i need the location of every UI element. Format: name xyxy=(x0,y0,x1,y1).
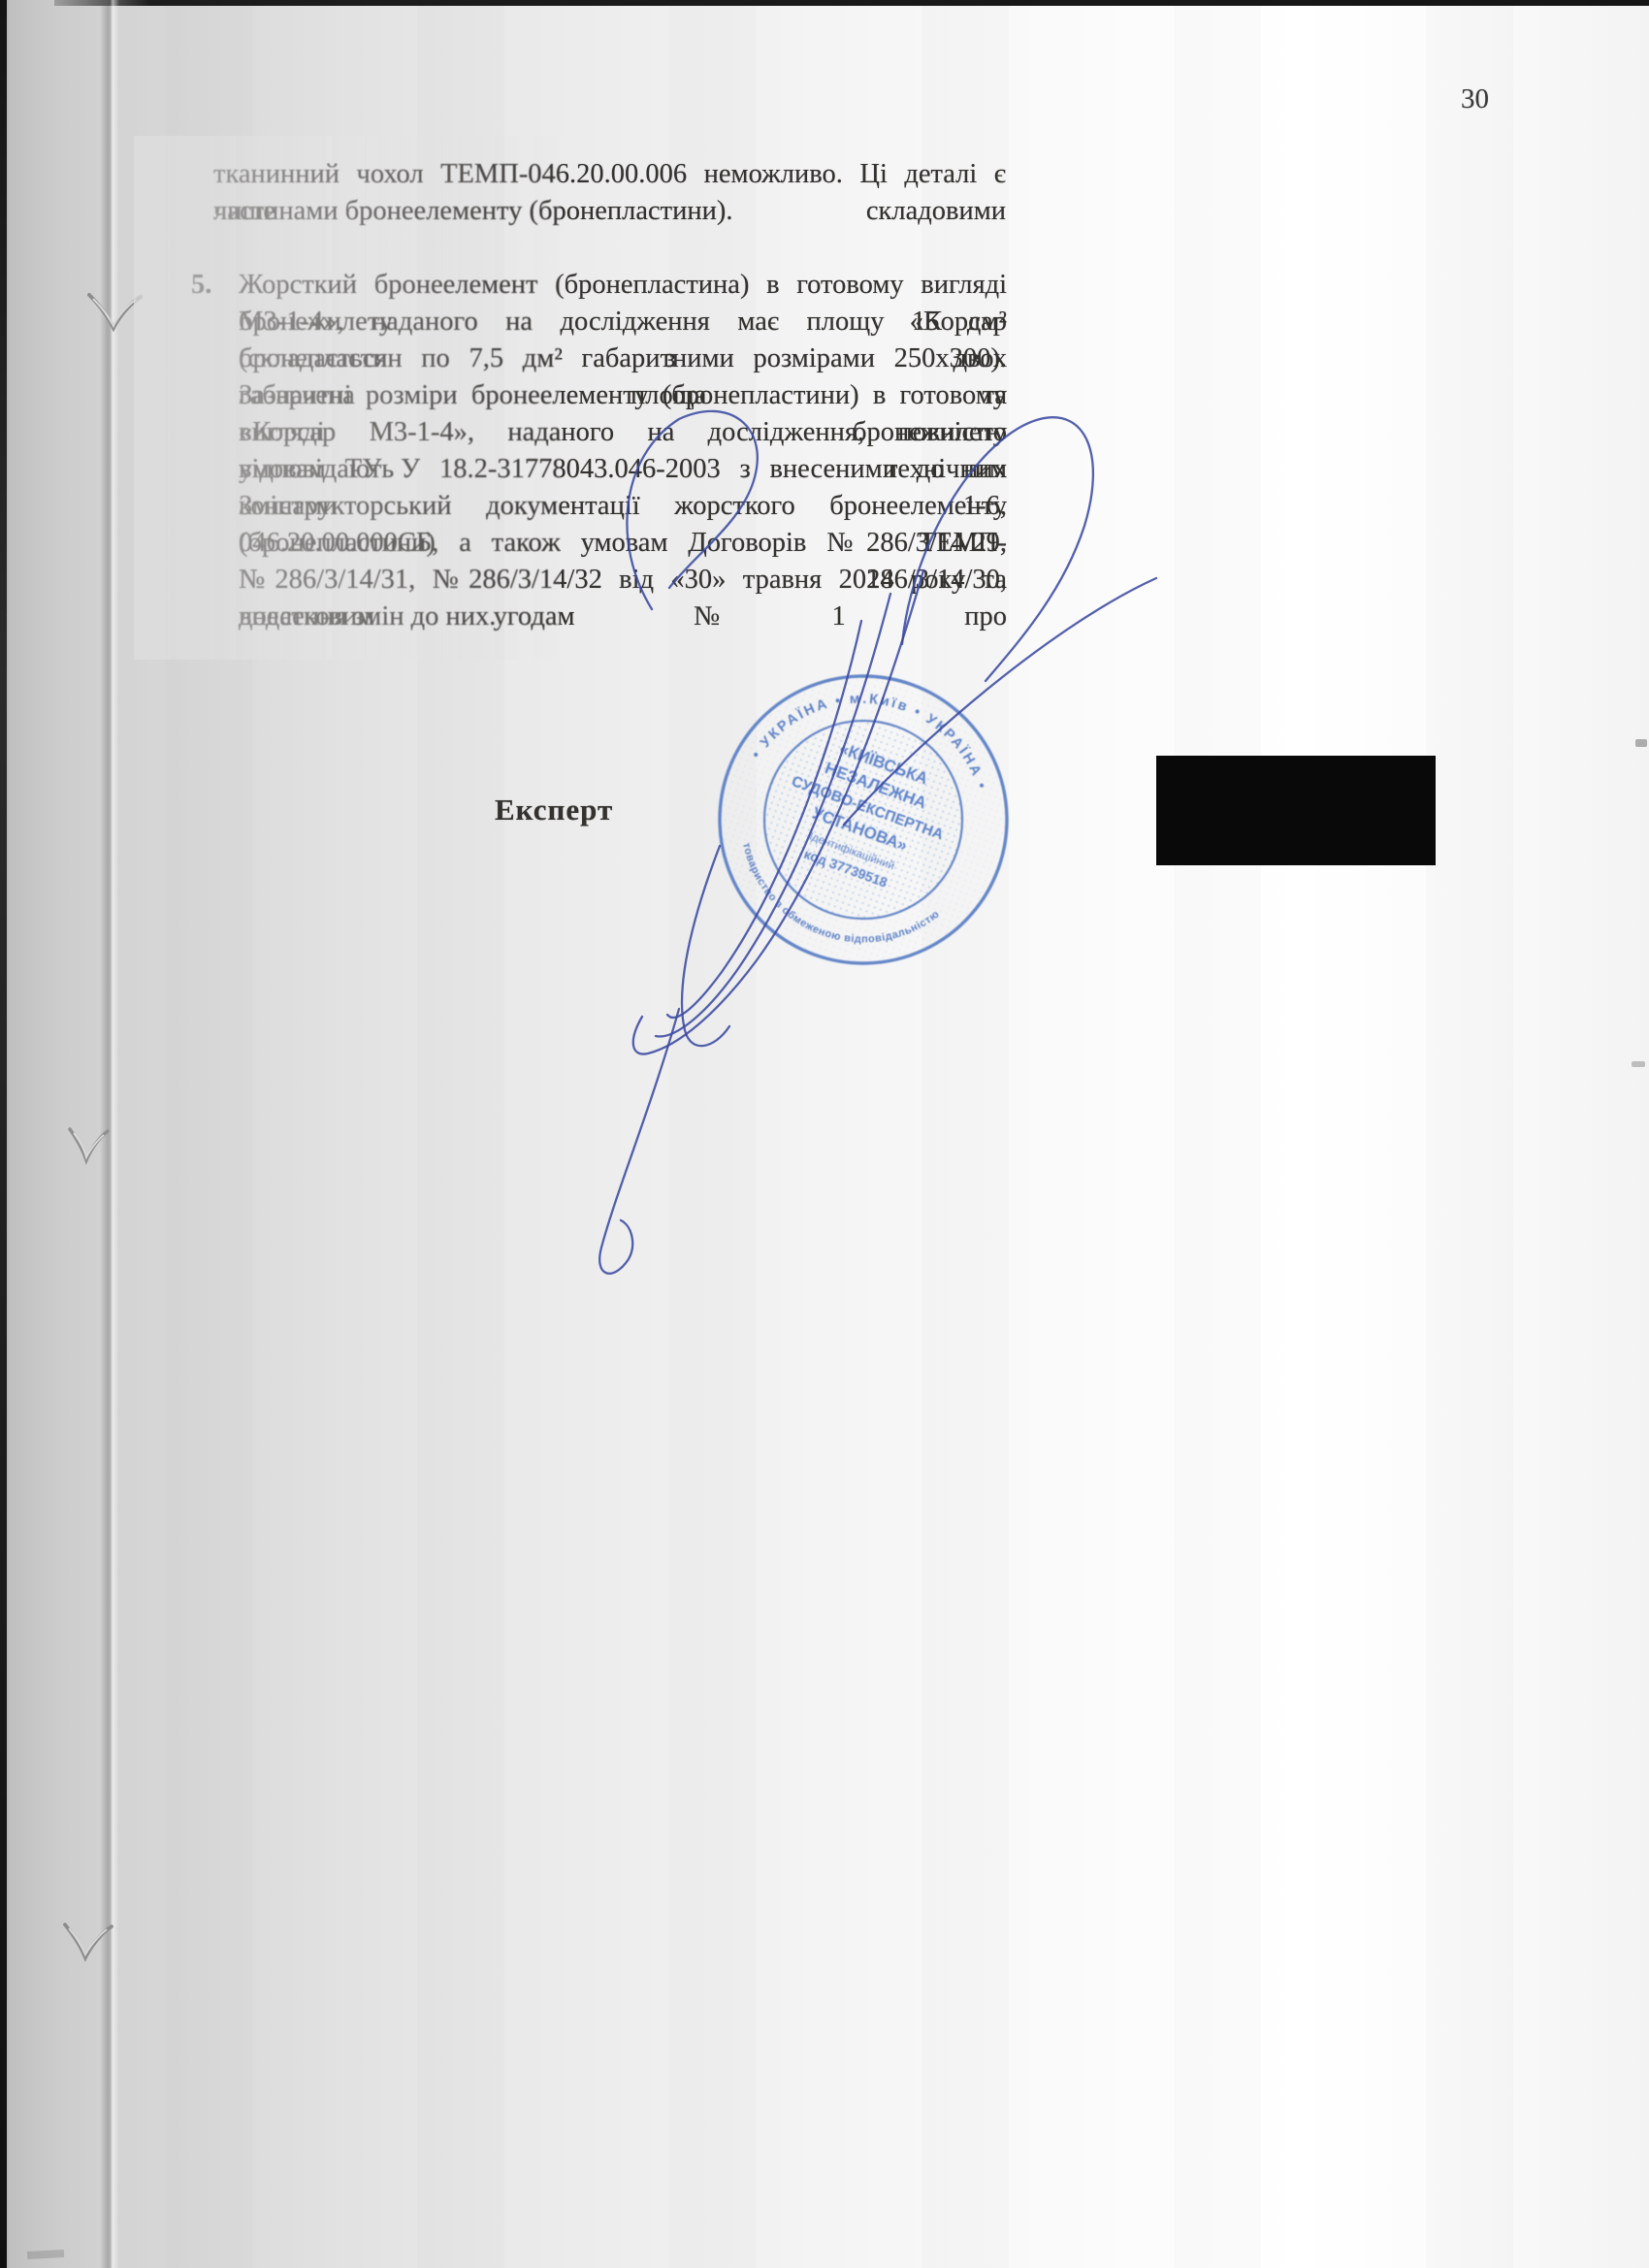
text-line: габаритні розміри бронеелементу (бронепл… xyxy=(239,377,1007,414)
scan-left-edge xyxy=(0,0,7,2268)
text-line: конструкторський документації жорсткого … xyxy=(239,488,1007,525)
binding-tear-icon xyxy=(60,1917,116,1973)
list-item-number: 5. xyxy=(191,267,211,304)
redaction-block xyxy=(1156,756,1436,865)
text-line: бронепластин по 7,5 дм² габаритними розм… xyxy=(239,340,1007,377)
scan-top-edge xyxy=(54,0,1649,6)
text-line: тканинний чохол ТЕМП-046.20.00.006 немож… xyxy=(213,156,1006,193)
scan-edge-mark xyxy=(1632,1061,1645,1067)
scan-edge-mark xyxy=(1635,739,1647,747)
conclusion-item-5: 5. Жорсткий бронеелемент (бронепластина)… xyxy=(239,267,1007,635)
text-line: «Корсар М3-1-4», наданого на дослідження… xyxy=(239,414,1007,451)
round-seal-stamp: • УКРАЇНА • м.Київ • УКРАЇНА • товариств… xyxy=(698,655,1028,985)
binding-crease xyxy=(100,0,119,2268)
text-line: №286/3/14/31, №286/3/14/32 від «30» трав… xyxy=(239,562,1007,599)
scan-edge-mark xyxy=(27,2250,64,2259)
expert-label: Експерт xyxy=(495,793,613,827)
binding-tear-icon xyxy=(64,1123,113,1174)
page-number: 30 xyxy=(1461,83,1489,115)
text-line: 046.20.00.000СБ, а також умовам Договорі… xyxy=(239,525,1007,562)
intro-paragraph: тканинний чохол ТЕМП-046.20.00.006 немож… xyxy=(213,156,1006,230)
scanned-page: { "page": { "number": "30" }, "intro_par… xyxy=(0,0,1649,2268)
text-line: Жорсткий бронеелемент (бронепластина) в … xyxy=(239,267,1007,304)
text-line: умовам ТУ У 18.2-31778043.046-2003 з вне… xyxy=(239,451,1007,488)
binding-tear-icon xyxy=(85,287,145,345)
stamp-rotated-group: • УКРАЇНА • м.Київ • УКРАЇНА • товариств… xyxy=(698,655,1028,985)
text-line: М3-1-4», наданого на дослідження має пло… xyxy=(239,304,1007,340)
